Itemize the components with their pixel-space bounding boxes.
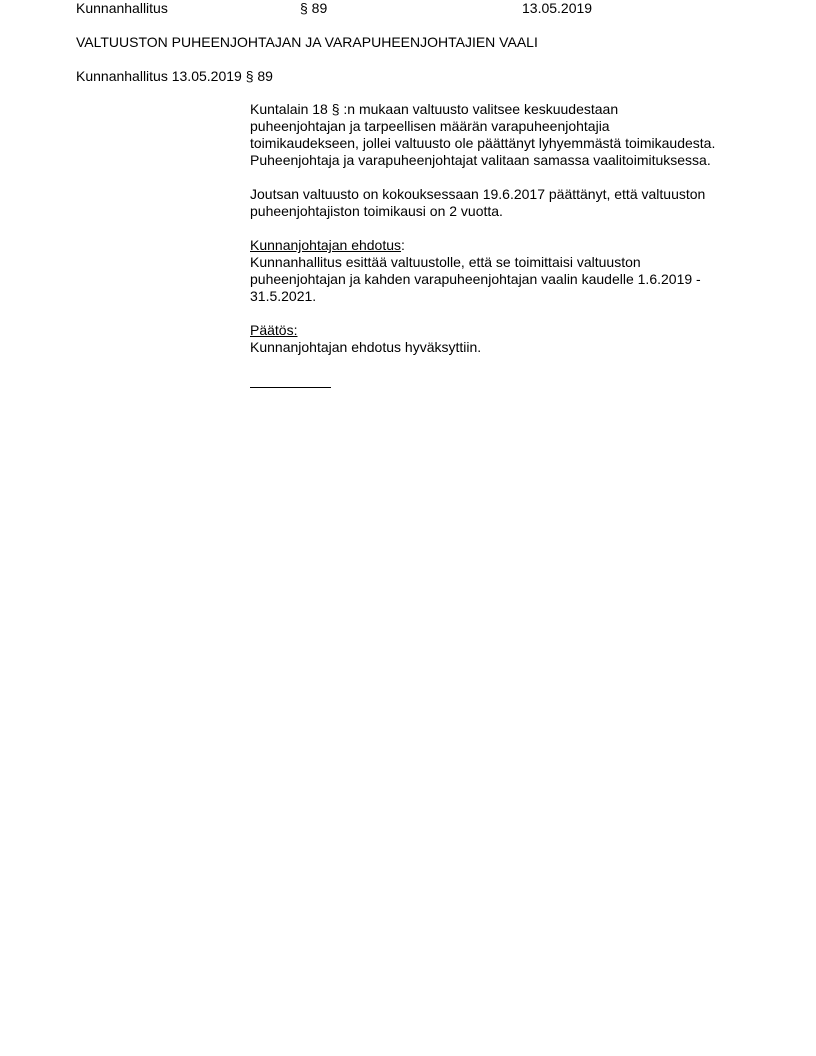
header-organ: Kunnanhallitus bbox=[76, 0, 168, 17]
text-line: 31.5.2021. bbox=[250, 288, 750, 305]
separator-line bbox=[250, 373, 331, 388]
proposal-heading-line: Kunnanjohtajan ehdotus: bbox=[250, 237, 750, 254]
header-date: 13.05.2019 bbox=[522, 0, 592, 17]
decision-heading: Päätös: bbox=[250, 322, 750, 339]
text-line: Kuntalain 18 § :n mukaan valtuusto valit… bbox=[250, 101, 750, 118]
text-line: puheenjohtajiston toimikausi on 2 vuotta… bbox=[250, 203, 750, 220]
header-section: § 89 bbox=[300, 0, 327, 17]
text-line: Kunnanhallitus esittää valtuustolle, ett… bbox=[250, 254, 750, 271]
document-title: VALTUUSTON PUHEENJOHTAJAN JA VARAPUHEENJ… bbox=[76, 34, 538, 51]
proposal-heading-suffix: : bbox=[401, 237, 405, 253]
text-line: Joutsan valtuusto on kokouksessaan 19.6.… bbox=[250, 186, 750, 203]
text-line: puheenjohtajan ja kahden varapuheenjohta… bbox=[250, 271, 750, 288]
document-body: Kuntalain 18 § :n mukaan valtuusto valit… bbox=[250, 101, 750, 388]
paragraph-legal-basis: Kuntalain 18 § :n mukaan valtuusto valit… bbox=[250, 101, 750, 169]
decision-section: Päätös: Kunnanjohtajan ehdotus hyväksytt… bbox=[250, 322, 750, 356]
meeting-reference: Kunnanhallitus 13.05.2019 § 89 bbox=[76, 68, 273, 85]
text-line: Puheenjohtaja ja varapuheenjohtajat vali… bbox=[250, 152, 750, 169]
proposal-heading: Kunnanjohtajan ehdotus bbox=[250, 237, 401, 253]
paragraph-term: Joutsan valtuusto on kokouksessaan 19.6.… bbox=[250, 186, 750, 220]
proposal-section: Kunnanjohtajan ehdotus: Kunnanhallitus e… bbox=[250, 237, 750, 305]
decision-text: Kunnanjohtajan ehdotus hyväksyttiin. bbox=[250, 339, 750, 356]
text-line: toimikaudekseen, jollei valtuusto ole pä… bbox=[250, 135, 750, 152]
text-line: puheenjohtajan ja tarpeellisen määrän va… bbox=[250, 118, 750, 135]
